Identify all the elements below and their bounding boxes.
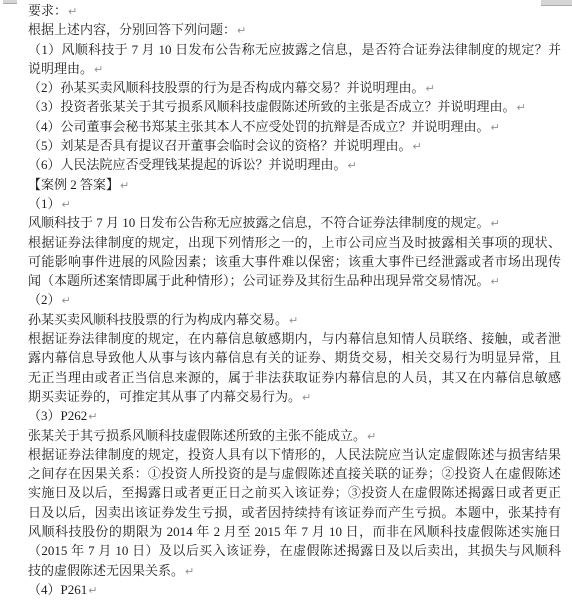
text-line-content: 要求： — [28, 3, 67, 18]
text-line[interactable]: 技的虚假陈述无因果关系。↵ — [28, 561, 561, 580]
text-line[interactable]: 【案例 2 答案】↵ — [28, 175, 561, 194]
paragraph-mark-icon: ↵ — [347, 159, 357, 172]
text-line-content: （5）刘某是否具有提议召开董事会临时会议的资格？并说明理由。 — [28, 138, 412, 153]
text-line[interactable]: 闻（本题所述案情即属于此种情形）；公司证券及其衍生品种出现异常交易情况。↵ — [28, 271, 561, 290]
text-line[interactable]: 张某关于其亏损系风顺科技虚假陈述所致的主张不能成立。↵ — [28, 426, 561, 445]
text-line-content: （4）P261 — [28, 582, 87, 597]
text-line-content: 孙某买卖风顺科技股票的行为构成内幕交易。 — [28, 312, 288, 327]
text-line[interactable]: （3）投资者张某关于其亏损系风顺科技虚假陈述所致的主张是否成立？并说明理由。↵ — [28, 97, 561, 116]
paragraph-mark-icon: ↵ — [61, 198, 71, 211]
text-line-content: 张某关于其亏损系风顺科技虚假陈述所致的主张不能成立。 — [28, 428, 366, 443]
text-line[interactable]: （2）孙某买卖风顺科技股票的行为是否构成内幕交易？并说明理由。↵ — [28, 78, 561, 97]
text-line[interactable]: （6）人民法院应否受理钱某提起的诉讼？并说明理由。↵ — [28, 155, 561, 174]
paragraph-mark-icon: ↵ — [87, 584, 97, 597]
text-line[interactable]: 露内幕信息导致他人从事与该内幕信息有关的证券、期货交易，相关交易行为明显异常，且 — [28, 348, 561, 367]
text-line[interactable]: （4）公司董事会秘书郑某主张其本人不应受处罚的抗辩是否成立？并说明理由。↵ — [28, 117, 561, 136]
text-line[interactable]: （5）刘某是否具有提议召开董事会临时会议的资格？并说明理由。↵ — [28, 136, 561, 155]
text-line-content: 根据证券法律制度的规定，在内幕信息敏感期内，与内幕信息知情人员联络、接触，或者泄 — [28, 331, 561, 346]
document-canvas: 要求：↵ 根据上述内容，分别回答下列问题：↵ （1）风顺科技于 7 月 10 日… — [0, 0, 572, 600]
text-line-content: 根据证券法律制度的规定，出现下列情形之一的，上市公司应当及时披露相关事项的现状、 — [28, 235, 561, 250]
text-line-content: 根据证券法律制度的规定，投资人具有以下情形的，人民法院应当认定虚假陈述与损害结果 — [28, 447, 561, 462]
text-line-content: （2） — [28, 292, 61, 307]
text-line[interactable]: （3）P262↵ — [28, 406, 561, 425]
top-left-ui-fragment — [3, 0, 17, 4]
document-page[interactable]: 要求：↵ 根据上述内容，分别回答下列问题：↵ （1）风顺科技于 7 月 10 日… — [28, 1, 561, 599]
text-line-content: 之间存在因果关系：①投资人所投资的是与虚假陈述直接关联的证券；②投资人在虚假陈述 — [28, 466, 561, 481]
paragraph-mark-icon: ↵ — [490, 121, 500, 134]
paragraph-mark-icon: ↵ — [301, 391, 311, 404]
text-line-content: （2）孙某买卖风顺科技股票的行为是否构成内幕交易？并说明理由。 — [28, 80, 425, 95]
paragraph-mark-icon: ↵ — [516, 101, 526, 114]
text-line-content: 说明理由。 — [28, 61, 93, 76]
text-line[interactable]: 风顺科技于 7 月 10 日发布公告称无应披露之信息，不符合证券法律制度的规定。… — [28, 213, 561, 232]
paragraph-mark-icon: ↵ — [490, 275, 500, 288]
text-line[interactable]: （2015 年 7 月 10 日）及以后买入该证券，在虚假陈述揭露日及以后卖出，… — [28, 541, 561, 560]
paragraph-mark-icon: ↵ — [236, 24, 246, 37]
text-line[interactable]: 要求：↵ — [28, 1, 561, 20]
text-line-content: 技的虚假陈述无因果关系。 — [28, 563, 184, 578]
text-line[interactable]: （1）↵ — [28, 194, 561, 213]
text-line-content: 可能影响事件进展的风险因素；该重大事件难以保密；该重大事件已经泄露或者市场出现传 — [28, 254, 561, 269]
paragraph-mark-icon: ↵ — [490, 217, 500, 230]
text-line-content: （1） — [28, 196, 61, 211]
text-line[interactable]: （4）P261↵ — [28, 580, 561, 599]
text-line-content: 日及以后，因卖出该证券发生亏损，或者因持续持有该证券而产生亏损。本题中，张某持有 — [28, 505, 561, 520]
text-line-content: （6）人民法院应否受理钱某提起的诉讼？并说明理由。 — [28, 157, 347, 172]
text-line[interactable]: 孙某买卖风顺科技股票的行为构成内幕交易。↵ — [28, 310, 561, 329]
text-line-content: （1）风顺科技于 7 月 10 日发布公告称无应披露之信息，是否符合证券法律制度… — [28, 42, 561, 57]
text-line-content: 闻（本题所述案情即属于此种情形）；公司证券及其衍生品种出现异常交易情况。 — [28, 273, 490, 288]
text-line[interactable]: 根据证券法律制度的规定，出现下列情形之一的，上市公司应当及时披露相关事项的现状、 — [28, 233, 561, 252]
text-line-content: 根据上述内容，分别回答下列问题： — [28, 22, 236, 37]
paragraph-mark-icon: ↵ — [87, 410, 97, 423]
text-line-content: 期买卖证券的，可推定其从事了内幕交易行为。 — [28, 389, 301, 404]
text-line-content: （2015 年 7 月 10 日）及以后买入该证券，在虚假陈述揭露日及以后卖出，… — [28, 543, 561, 558]
text-line[interactable]: 根据证券法律制度的规定，在内幕信息敏感期内，与内幕信息知情人员联络、接触，或者泄 — [28, 329, 561, 348]
text-line[interactable]: 可能影响事件进展的风险因素；该重大事件难以保密；该重大事件已经泄露或者市场出现传 — [28, 252, 561, 271]
text-line-content: （3）P262 — [28, 408, 87, 423]
paragraph-mark-icon: ↵ — [61, 294, 71, 307]
text-line[interactable]: 根据证券法律制度的规定，投资人具有以下情形的，人民法院应当认定虚假陈述与损害结果 — [28, 445, 561, 464]
text-line-content: 实施日及以后，至揭露日或者更正日之前买入该证券；③投资人在虚假陈述揭露日或者更正 — [28, 485, 561, 500]
text-line[interactable]: （2）↵ — [28, 290, 561, 309]
text-line-content: 无正当理由或者正当信息来源的，属于非法获取证券内幕信息的人员，其又在内幕信息敏感 — [28, 370, 561, 385]
text-line[interactable]: 风顺科技股份的期限为 2014 年 2 月至 2015 年 7 月 10 日，而… — [28, 522, 561, 541]
text-line[interactable]: 说明理由。↵ — [28, 59, 561, 78]
text-line[interactable]: 日及以后，因卖出该证券发生亏损，或者因持续持有该证券而产生亏损。本题中，张某持有 — [28, 503, 561, 522]
text-line-content: （4）公司董事会秘书郑某主张其本人不应受处罚的抗辩是否成立？并说明理由。 — [28, 119, 490, 134]
paragraph-mark-icon: ↵ — [67, 5, 77, 18]
text-line[interactable]: 无正当理由或者正当信息来源的，属于非法获取证券内幕信息的人员，其又在内幕信息敏感 — [28, 368, 561, 387]
paragraph-mark-icon: ↵ — [412, 140, 422, 153]
text-line-content: 【案例 2 答案】 — [28, 177, 119, 192]
text-line-content: 露内幕信息导致他人从事与该内幕信息有关的证券、期货交易，相关交易行为明显异常，且 — [28, 350, 561, 365]
paragraph-mark-icon: ↵ — [425, 82, 435, 95]
text-line[interactable]: 实施日及以后，至揭露日或者更正日之前买入该证券；③投资人在虚假陈述揭露日或者更正 — [28, 483, 561, 502]
paragraph-mark-icon: ↵ — [366, 430, 376, 443]
paragraph-mark-icon: ↵ — [119, 179, 129, 192]
text-line-content: （3）投资者张某关于其亏损系风顺科技虚假陈述所致的主张是否成立？并说明理由。 — [28, 99, 516, 114]
text-line[interactable]: 之间存在因果关系：①投资人所投资的是与虚假陈述直接关联的证券；②投资人在虚假陈述 — [28, 464, 561, 483]
paragraph-mark-icon: ↵ — [288, 314, 298, 327]
paragraph-mark-icon: ↵ — [93, 63, 103, 76]
text-line[interactable]: 根据上述内容，分别回答下列问题：↵ — [28, 20, 561, 39]
text-line[interactable]: 期买卖证券的，可推定其从事了内幕交易行为。↵ — [28, 387, 561, 406]
text-line-content: 风顺科技于 7 月 10 日发布公告称无应披露之信息，不符合证券法律制度的规定。 — [28, 215, 490, 230]
paragraph-mark-icon: ↵ — [184, 565, 194, 578]
text-line[interactable]: （1）风顺科技于 7 月 10 日发布公告称无应披露之信息，是否符合证券法律制度… — [28, 40, 561, 59]
text-line-content: 风顺科技股份的期限为 2014 年 2 月至 2015 年 7 月 10 日，而… — [28, 524, 561, 539]
